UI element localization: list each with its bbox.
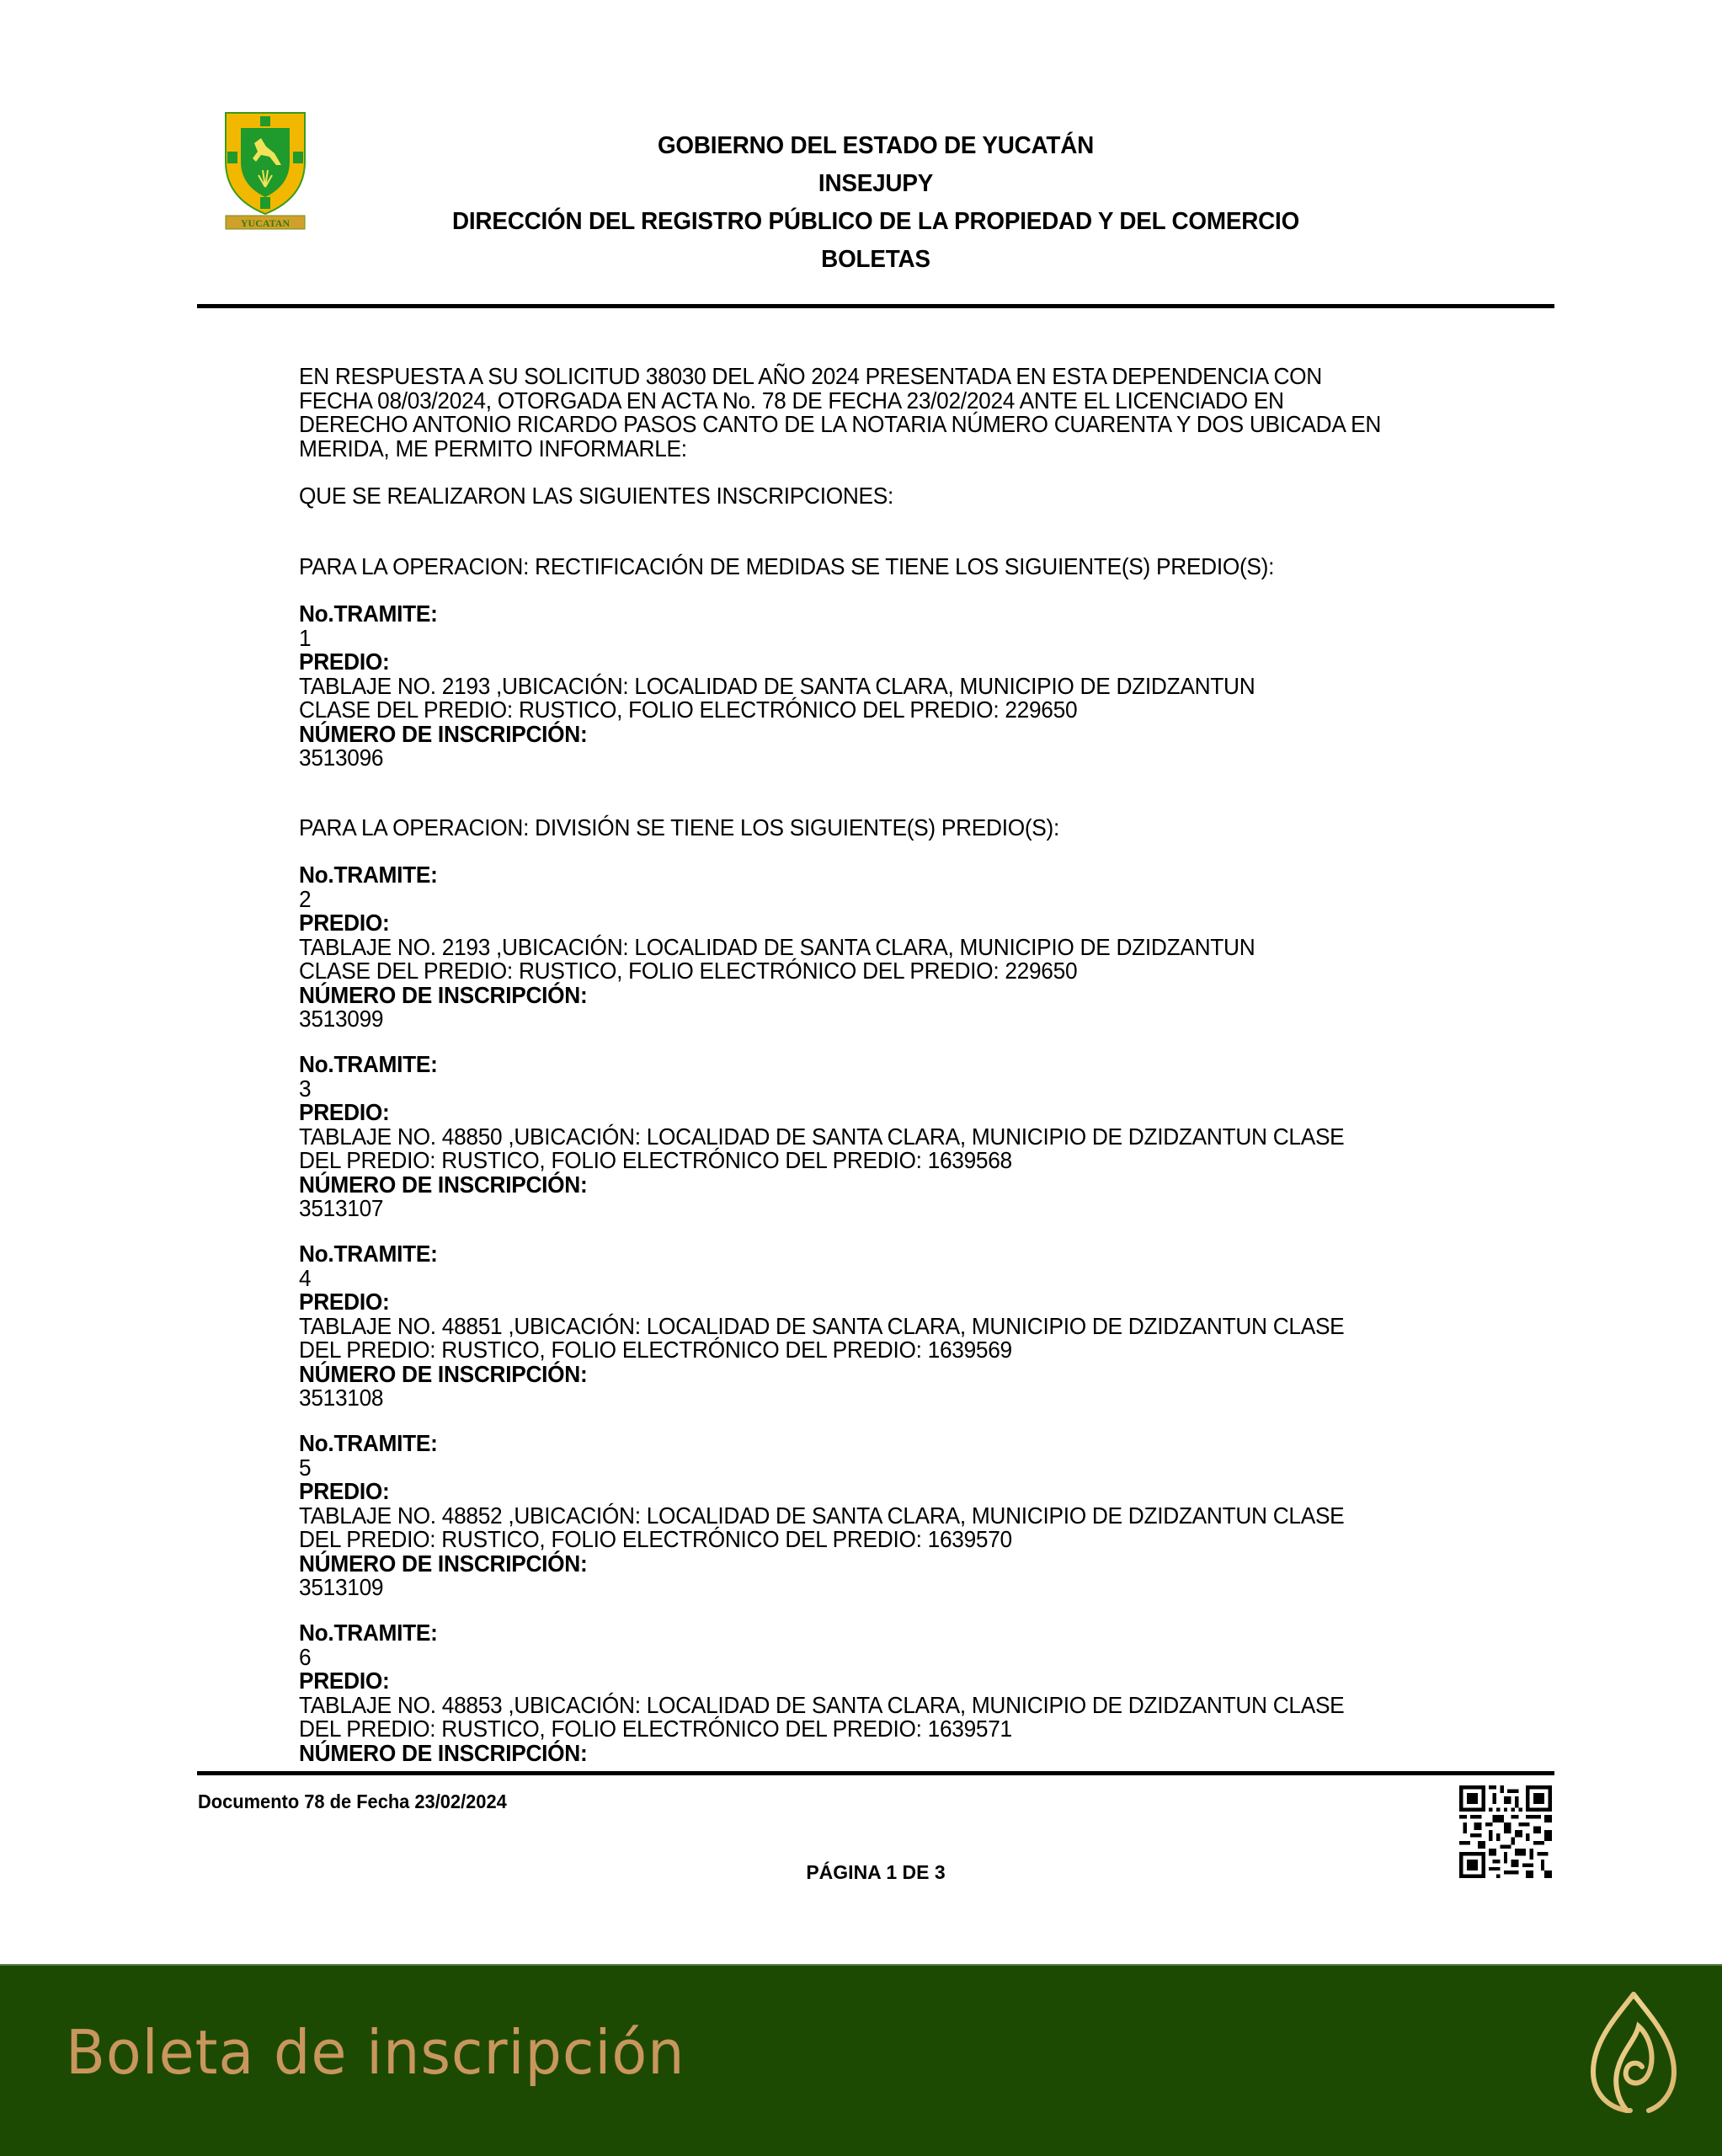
tramite-number: 1 [299,627,1473,651]
inscripcion-label: NÚMERO DE INSCRIPCIÓN: [299,1173,1473,1198]
predio-label: PREDIO: [299,650,1473,675]
header-government: GOBIERNO DEL ESTADO DE YUCATÁN [229,131,1522,160]
predio-description: CLASE DEL PREDIO: RUSTICO, FOLIO ELECTRÓ… [299,698,1473,723]
operation-heading: PARA LA OPERACION: RECTIFICACIÓN DE MEDI… [299,555,1528,579]
inscripcion-label: NÚMERO DE INSCRIPCIÓN: [299,984,1473,1008]
predio-description: DEL PREDIO: RUSTICO, FOLIO ELECTRÓNICO D… [299,1717,1473,1742]
tramite-block: No.TRAMITE: 1 PREDIO: TABLAJE NO. 2193 ,… [299,602,1528,771]
header-divider [197,304,1554,308]
intro-line: FECHA 08/03/2024, OTORGADA EN ACTA No. 7… [299,389,1473,414]
inscripcion-number: 3513107 [299,1197,1473,1221]
summary-text: QUE SE REALIZARON LAS SIGUIENTES INSCRIP… [299,484,1473,509]
tramite-number: 4 [299,1267,1473,1291]
tramite-label: No.TRAMITE: [299,1053,1473,1077]
tramite-number: 5 [299,1456,1473,1481]
tramite-number: 2 [299,888,1473,912]
header-directorate: DIRECCIÓN DEL REGISTRO PÚBLICO DE LA PRO… [229,207,1522,236]
leaf-spiral-logo-icon [1583,1989,1684,2116]
predio-label: PREDIO: [299,1669,1473,1694]
inscripcion-number: 3513108 [299,1386,1473,1411]
predio-label: PREDIO: [299,1101,1473,1125]
predio-description: TABLAJE NO. 2193 ,UBICACIÓN: LOCALIDAD D… [299,675,1473,699]
tramite-label: No.TRAMITE: [299,1621,1473,1646]
operation-heading: PARA LA OPERACION: DIVISIÓN SE TIENE LOS… [299,816,1528,841]
inscripcion-number: 3513096 [299,746,1473,771]
page-number: PÁGINA 1 DE 3 [707,1861,1044,1884]
tramite-block: No.TRAMITE: 3 PREDIO: TABLAJE NO. 48850 … [299,1053,1528,1221]
predio-label: PREDIO: [299,1290,1473,1315]
intro-paragraph: EN RESPUESTA A SU SOLICITUD 38030 DEL AÑ… [299,365,1528,461]
banner-title: Boleta de inscripción [66,2017,685,2088]
predio-description: DEL PREDIO: RUSTICO, FOLIO ELECTRÓNICO D… [299,1149,1473,1173]
header-institute: INSEJUPY [229,169,1522,198]
inscripcion-number: 3513099 [299,1007,1473,1032]
header-section: BOLETAS [229,245,1522,274]
inscripcion-label: NÚMERO DE INSCRIPCIÓN: [299,1742,1473,1766]
tramite-block: No.TRAMITE: 5 PREDIO: TABLAJE NO. 48852 … [299,1432,1528,1600]
inscripcion-label: NÚMERO DE INSCRIPCIÓN: [299,1552,1473,1577]
predio-label: PREDIO: [299,1480,1473,1504]
predio-description: CLASE DEL PREDIO: RUSTICO, FOLIO ELECTRÓ… [299,959,1473,984]
tramite-block: No.TRAMITE: 2 PREDIO: TABLAJE NO. 2193 ,… [299,863,1528,1032]
inscripcion-number: 3513109 [299,1576,1473,1600]
predio-description: DEL PREDIO: RUSTICO, FOLIO ELECTRÓNICO D… [299,1528,1473,1552]
intro-line: EN RESPUESTA A SU SOLICITUD 38030 DEL AÑ… [299,365,1473,389]
tramite-label: No.TRAMITE: [299,863,1473,888]
predio-description: TABLAJE NO. 48851 ,UBICACIÓN: LOCALIDAD … [299,1315,1473,1339]
predio-description: TABLAJE NO. 48850 ,UBICACIÓN: LOCALIDAD … [299,1125,1473,1150]
operation-heading-text: PARA LA OPERACION: DIVISIÓN SE TIENE LOS… [299,816,1473,841]
predio-description: TABLAJE NO. 48852 ,UBICACIÓN: LOCALIDAD … [299,1504,1473,1529]
predio-description: TABLAJE NO. 2193 ,UBICACIÓN: LOCALIDAD D… [299,936,1473,960]
document-reference: Documento 78 de Fecha 23/02/2024 [198,1790,507,1813]
inscriptions-summary: QUE SE REALIZARON LAS SIGUIENTES INSCRIP… [299,484,1528,509]
tramite-label: No.TRAMITE: [299,1242,1473,1267]
predio-description: TABLAJE NO. 48853 ,UBICACIÓN: LOCALIDAD … [299,1694,1473,1718]
intro-line: MERIDA, ME PERMITO INFORMARLE: [299,437,1473,462]
tramite-number: 6 [299,1646,1473,1670]
tramite-label: No.TRAMITE: [299,602,1473,627]
inscripcion-label: NÚMERO DE INSCRIPCIÓN: [299,723,1473,747]
tramite-block: No.TRAMITE: 6 PREDIO: TABLAJE NO. 48853 … [299,1621,1528,1765]
qr-code-icon[interactable] [1459,1785,1552,1878]
intro-line: DERECHO ANTONIO RICARDO PASOS CANTO DE L… [299,413,1473,437]
footer-divider [197,1771,1554,1775]
tramite-number: 3 [299,1077,1473,1102]
tramite-block: No.TRAMITE: 4 PREDIO: TABLAJE NO. 48851 … [299,1242,1528,1411]
predio-description: DEL PREDIO: RUSTICO, FOLIO ELECTRÓNICO D… [299,1338,1473,1363]
inscripcion-label: NÚMERO DE INSCRIPCIÓN: [299,1363,1473,1387]
operation-heading-text: PARA LA OPERACION: RECTIFICACIÓN DE MEDI… [299,555,1473,579]
tramite-label: No.TRAMITE: [299,1432,1473,1456]
predio-label: PREDIO: [299,911,1473,936]
